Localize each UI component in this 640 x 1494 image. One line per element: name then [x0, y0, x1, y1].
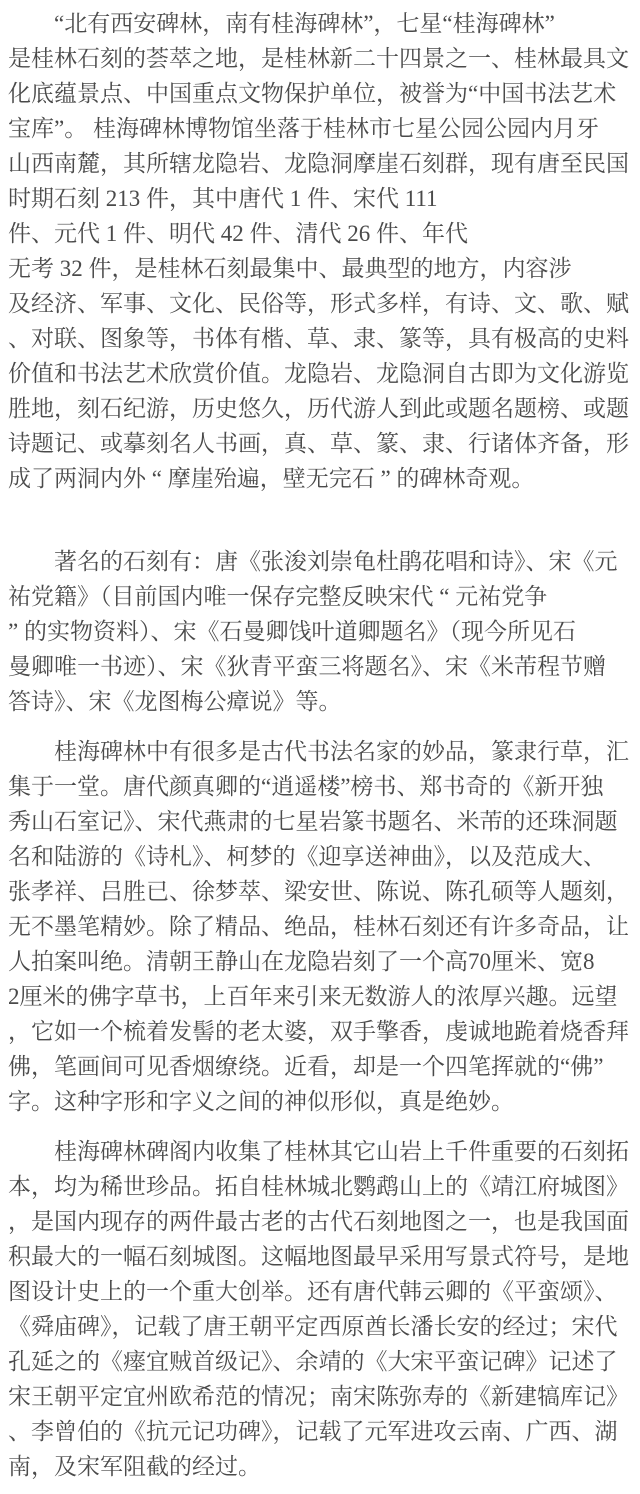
paragraph: 著名的石刻有：唐《张浚刘崇龟杜鹃花唱和诗》、宋《元祐党籍》（目前国内唯一保存完整… — [8, 544, 636, 719]
article-body: “北有西安碑林，南有桂海碑林”，七星“桂海碑林”是桂林石刻的荟萃之地，是桂林新二… — [0, 0, 640, 1494]
paragraph: 桂海碑林中有很多是古代书法名家的妙品，篆隶行草，汇集于一堂。唐代颜真卿的“逍遥楼… — [8, 734, 636, 1119]
paragraph: “北有西安碑林，南有桂海碑林”，七星“桂海碑林”是桂林石刻的荟萃之地，是桂林新二… — [8, 6, 636, 496]
paragraph: 桂海碑林碑阁内收集了桂林其它山岩上千件重要的石刻拓本，均为稀世珍品。拓自桂林城北… — [8, 1134, 636, 1484]
